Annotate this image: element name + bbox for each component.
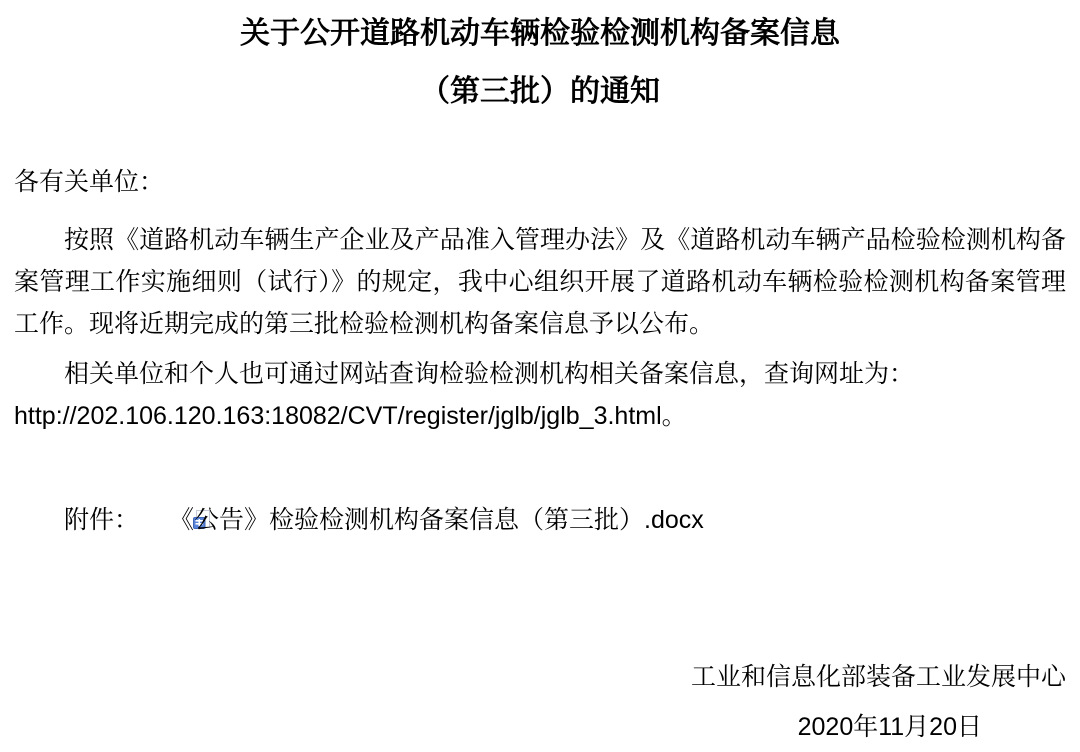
notice-document: 关于公开道路机动车辆检验检测机构备案信息 （第三批）的通知 各有关单位： 按照《…	[0, 0, 1080, 752]
word-document-icon[interactable]	[141, 502, 163, 524]
document-title: 关于公开道路机动车辆检验检测机构备案信息 （第三批）的通知	[14, 0, 1066, 121]
paragraph-query-info: 相关单位和个人也可通过网站查询检验检测机构相关备案信息，查询网址为：http:/…	[14, 353, 1066, 437]
signature-organization: 工业和信息化部装备工业发展中心	[14, 656, 1066, 698]
document-title-line1: 关于公开道路机动车辆检验检测机构备案信息	[14, 5, 1066, 63]
paragraph-query-intro: 相关单位和个人也可通过网站查询检验检测机构相关备案信息，查询网址为：	[64, 360, 914, 388]
attachment-filename-link[interactable]: 《公告》检验检测机构备案信息（第三批）.docx	[169, 506, 704, 534]
signature-date: 2020年11月20日	[14, 706, 1066, 748]
greeting-line: 各有关单位：	[14, 161, 1066, 203]
paragraph-filing-work: 按照《道路机动车辆生产企业及产品准入管理办法》及《道路机动车辆产品检验检测机构备…	[14, 219, 1066, 345]
document-title-line2: （第三批）的通知	[14, 63, 1066, 121]
query-url-text: http://202.106.120.163:18082/CVT/registe…	[14, 395, 1066, 437]
attachment-label: 附件：	[64, 506, 139, 534]
attachment-row: 附件： 《公告》检验检测机构备案信息（第三批）.docx	[14, 499, 1066, 541]
